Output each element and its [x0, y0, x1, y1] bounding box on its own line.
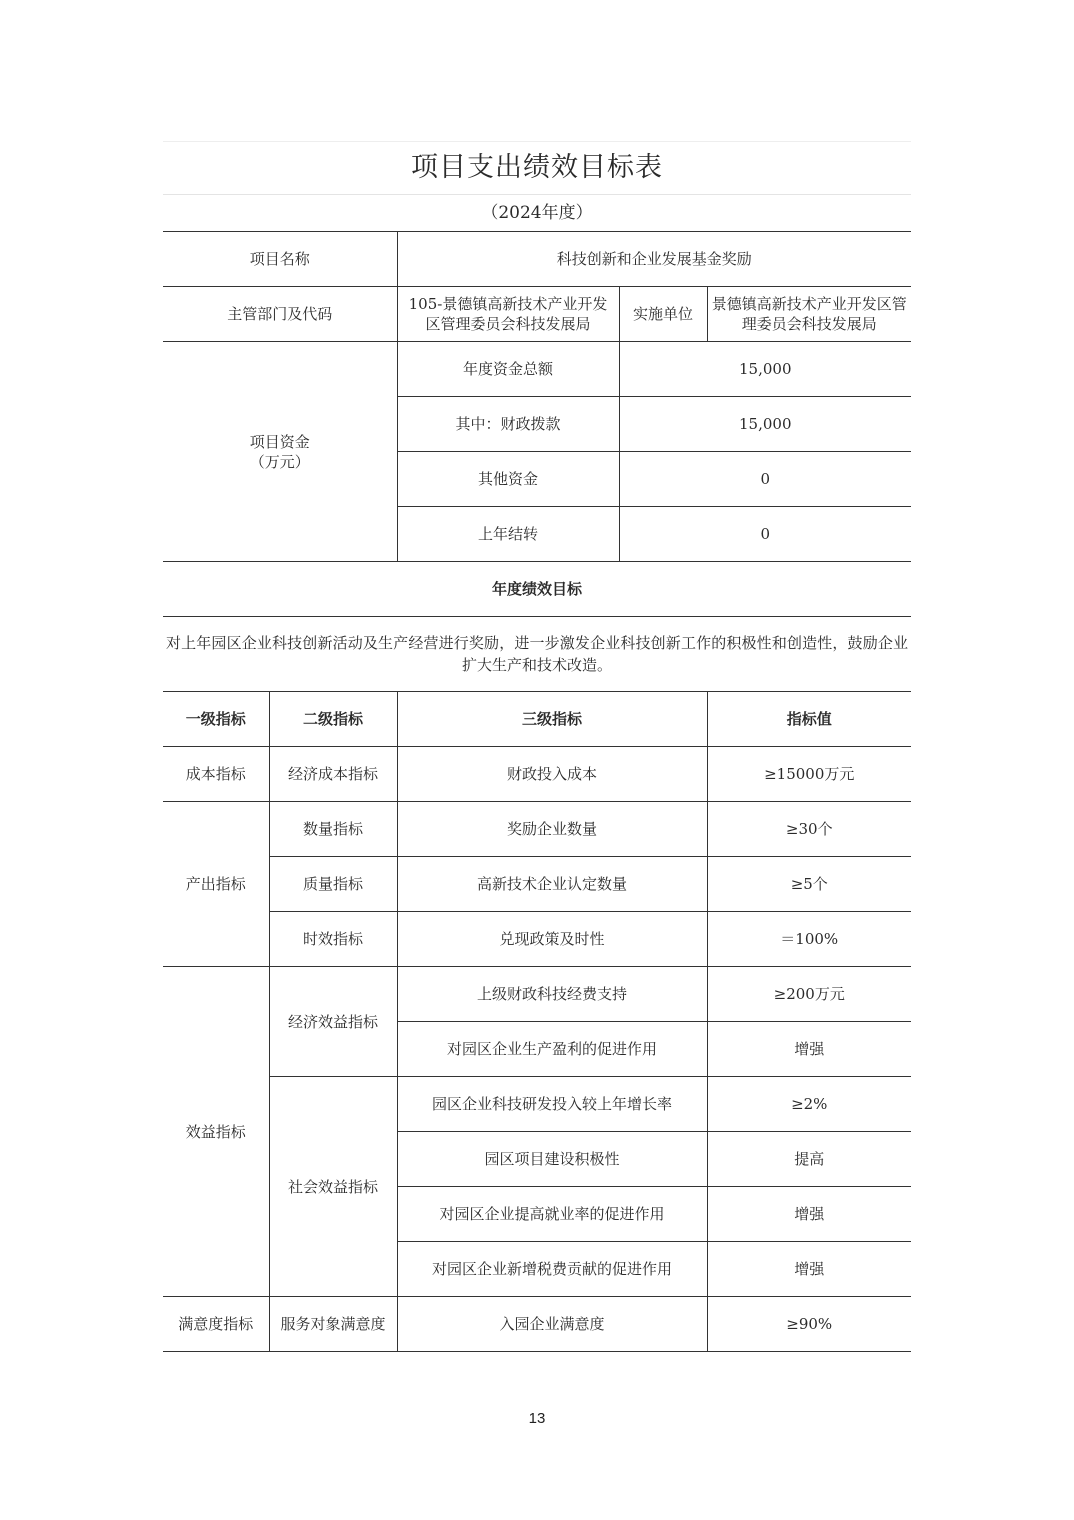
annual-goal-text: 对上年园区企业科技创新活动及生产经营进行奖励，进一步激发企业科技创新工作的积极性… — [163, 617, 911, 692]
indicator-value: 增强 — [707, 1242, 911, 1297]
funds-label: 项目资金 （万元） — [163, 342, 397, 562]
annual-goal-heading: 年度绩效目标 — [163, 562, 911, 617]
funds-row-label: 其他资金 — [397, 452, 619, 507]
level3-item: 上级财政科技经费支持 — [397, 967, 707, 1022]
funds-row-value: 0 — [619, 452, 911, 507]
level1-output: 产出指标 — [163, 802, 269, 967]
level3-item: 园区企业科技研发投入较上年增长率 — [397, 1077, 707, 1132]
indicator-value: ＝100% — [707, 912, 911, 967]
funds-label-text: 项目资金 — [167, 432, 393, 452]
impl-unit-label: 实施单位 — [619, 287, 707, 342]
indicator-value: ≥5个 — [707, 857, 911, 912]
level2-econ-cost: 经济成本指标 — [269, 747, 397, 802]
project-name-label: 项目名称 — [163, 232, 397, 287]
page-number: 13 — [0, 1410, 1074, 1427]
indicator-value: ≥15000万元 — [707, 747, 911, 802]
level2-service-satisfaction: 服务对象满意度 — [269, 1297, 397, 1352]
level3-item: 对园区企业生产盈利的促进作用 — [397, 1022, 707, 1077]
level2-econ-benefit: 经济效益指标 — [269, 967, 397, 1077]
level1-cost: 成本指标 — [163, 747, 269, 802]
level3-item: 财政投入成本 — [397, 747, 707, 802]
level1-benefit: 效益指标 — [163, 967, 269, 1297]
document-title: 项目支出绩效目标表 — [163, 142, 911, 195]
funds-row-value: 0 — [619, 507, 911, 562]
indicator-value: ≥200万元 — [707, 967, 911, 1022]
indicator-value: 增强 — [707, 1022, 911, 1077]
level2-social-benefit: 社会效益指标 — [269, 1077, 397, 1297]
performance-target-sheet: 项目支出绩效目标表 （2024年度） 项目名称 科技创新和企业发展基金奖励 主管… — [163, 141, 911, 1352]
level2-timeliness: 时效指标 — [269, 912, 397, 967]
funds-row-value: 15,000 — [619, 397, 911, 452]
indicator-value: 增强 — [707, 1187, 911, 1242]
level3-item: 奖励企业数量 — [397, 802, 707, 857]
level2-quality: 质量指标 — [269, 857, 397, 912]
header-value: 指标值 — [707, 692, 911, 747]
funds-unit: （万元） — [167, 452, 393, 472]
funds-row-label: 其中：财政拨款 — [397, 397, 619, 452]
project-name-value: 科技创新和企业发展基金奖励 — [397, 232, 911, 287]
level2-quantity: 数量指标 — [269, 802, 397, 857]
level3-item: 园区项目建设积极性 — [397, 1132, 707, 1187]
level3-item: 兑现政策及时性 — [397, 912, 707, 967]
level3-item: 对园区企业新增税费贡献的促进作用 — [397, 1242, 707, 1297]
dept-value: 105-景德镇高新技术产业开发区管理委员会科技发展局 — [397, 287, 619, 342]
header-level2: 二级指标 — [269, 692, 397, 747]
level1-satisfaction: 满意度指标 — [163, 1297, 269, 1352]
indicator-value: ≥30个 — [707, 802, 911, 857]
level3-item: 对园区企业提高就业率的促进作用 — [397, 1187, 707, 1242]
indicator-value: 提高 — [707, 1132, 911, 1187]
level3-item: 入园企业满意度 — [397, 1297, 707, 1352]
level3-item: 高新技术企业认定数量 — [397, 857, 707, 912]
funds-row-value: 15,000 — [619, 342, 911, 397]
funds-row-label: 上年结转 — [397, 507, 619, 562]
indicator-value: ≥90% — [707, 1297, 911, 1352]
indicator-value: ≥2% — [707, 1077, 911, 1132]
fiscal-year: （2024年度） — [163, 195, 911, 232]
funds-row-label: 年度资金总额 — [397, 342, 619, 397]
header-level1: 一级指标 — [163, 692, 269, 747]
header-level3: 三级指标 — [397, 692, 707, 747]
impl-unit-value: 景德镇高新技术产业开发区管理委员会科技发展局 — [707, 287, 911, 342]
performance-table: 项目支出绩效目标表 （2024年度） 项目名称 科技创新和企业发展基金奖励 主管… — [163, 141, 911, 1352]
dept-label: 主管部门及代码 — [163, 287, 397, 342]
